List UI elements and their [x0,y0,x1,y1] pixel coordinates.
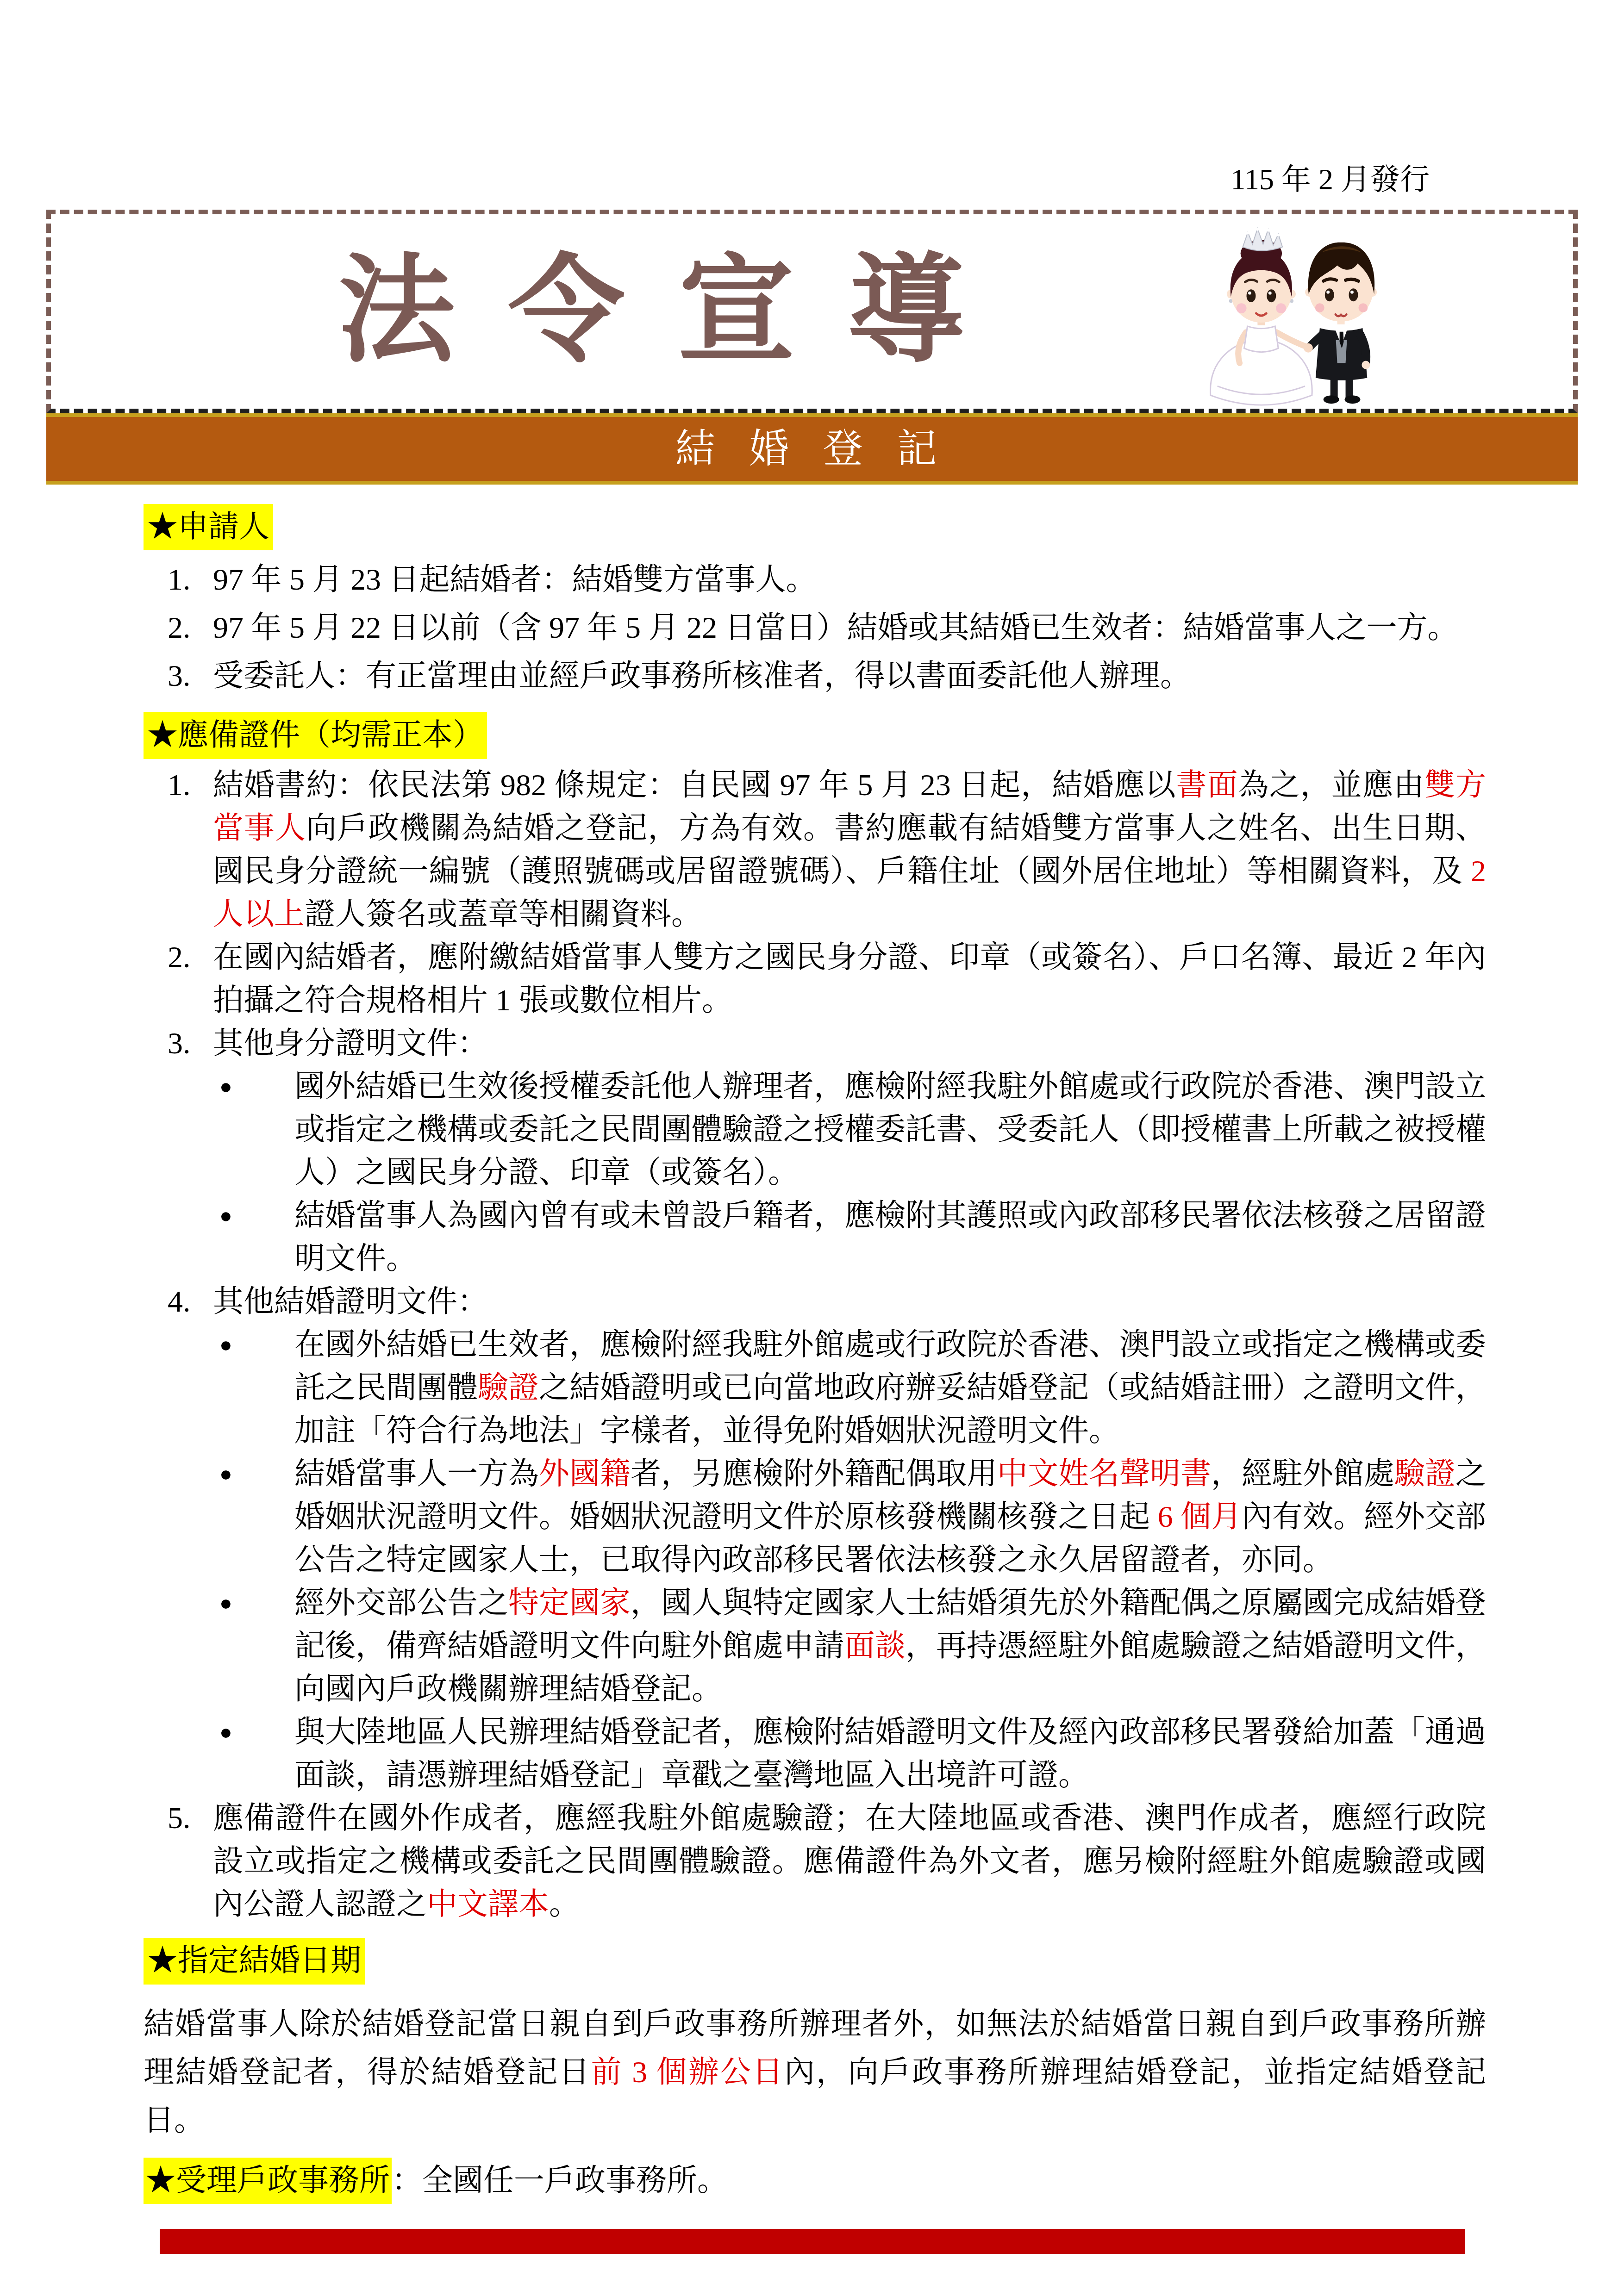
list-item: 3. 受委託人：有正當理由並經戶政事務所核准者，得以書面委託他人辦理。 [144,652,1486,700]
bullet-text: 在國外結婚已生效者，應檢附經我駐外館處或行政院於香港、澳門設立或指定之機構或委託… [294,1323,1486,1452]
document-body: ★申請人 1. 97 年 5 月 23 日起結婚者：結婚雙方當事人。 2. 97… [144,504,1486,2254]
list-number: 4. [144,1280,213,1323]
list-item: 2. 97 年 5 月 22 日以前（含 97 年 5 月 22 日當日）結婚或… [144,604,1486,652]
bullet-text: 國外結婚已生效後授權委託他人辦理者，應檢附經我駐外館處或行政院於香港、澳門設立或… [294,1065,1486,1194]
wedding-date-paragraph: 結婚當事人除於結婚登記當日親自到戶政事務所辦理者外，如無法於結婚當日親自到戶政事… [144,2000,1486,2145]
office-text: ：全國任一戶政事務所。 [392,2164,728,2197]
bullet-item: ● 經外交部公告之特定國家，國人與特定國家人士結婚須先於外籍配偶之原屬國完成結婚… [213,1581,1486,1711]
list-item-text: 其他結婚證明文件： ● 在國外結婚已生效者，應檢附經我駐外館處或行政院於香港、澳… [213,1280,1486,1797]
applicant-list: 1. 97 年 5 月 23 日起結婚者：結婚雙方當事人。 2. 97 年 5 … [144,556,1486,700]
list-number: 1. [144,556,213,604]
list-number: 3. [144,1022,213,1065]
list-number: 2. [144,936,213,979]
bullet-text: 結婚當事人為國內曾有或未曾設戶籍者，應檢附其護照或內政部移民署依法核發之居留證明… [294,1194,1486,1280]
groom-figure [1305,242,1377,403]
list-item-text: 其他身分證明文件： ● 國外結婚已生效後授權委託他人辦理者，應檢附經我駐外館處或… [213,1022,1486,1280]
bullet-item: ● 在國外結婚已生效者，應檢附經我駐外館處或行政院於香港、澳門設立或指定之機構或… [213,1323,1486,1452]
bullet-item: ● 結婚當事人為國內曾有或未曾設戶籍者，應檢附其護照或內政部移民署依法核發之居留… [213,1194,1486,1280]
list-item-head: 其他結婚證明文件： [213,1280,1486,1323]
list-number: 3. [144,652,213,700]
list-item: 3. 其他身分證明文件： ● 國外結婚已生效後授權委託他人辦理者，應檢附經我駐外… [144,1022,1486,1280]
bullet-text: 結婚當事人一方為外國籍者，另應檢附外籍配偶取用中文姓名聲明書，經駐外館處驗證之婚… [294,1452,1486,1581]
bullet-text: 與大陸地區人民辦理結婚登記者，應檢附結婚證明文件及經內政部移民署發給加蓋「通過面… [294,1711,1486,1797]
bullet-item: ● 與大陸地區人民辦理結婚登記者，應檢附結婚證明文件及經內政部移民署發給加蓋「通… [213,1711,1486,1797]
section-heading-documents: ★應備證件（均需正本） [144,712,487,759]
bullet-marker: ● [213,1323,294,1366]
bullet-marker: ● [213,1581,294,1624]
bullet-marker: ● [213,1065,294,1108]
section-heading-applicant: ★申請人 [144,504,273,551]
list-item: 4. 其他結婚證明文件： ● 在國外結婚已生效者，應檢附經我駐外館處或行政院於香… [144,1280,1486,1797]
list-number: 2. [144,604,213,652]
issue-date: 115 年 2 月發行 [0,0,1430,198]
bullet-marker: ● [213,1711,294,1754]
wedding-couple-illustration [1199,224,1402,409]
masthead-box: 法 令 宣 導 [46,210,1578,413]
list-item-text: 結婚書約：依民法第 982 條規定：自民國 97 年 5 月 23 日起，結婚應… [213,764,1486,936]
bullet-item: ● 國外結婚已生效後授權委託他人辦理者，應檢附經我駐外館處或行政院於香港、澳門設… [213,1065,1486,1194]
list-number: 5. [144,1797,213,1840]
bullet-marker: ● [213,1194,294,1237]
list-item-text: 在國內結婚者，應附繳結婚當事人雙方之國民身分證、印章（或簽名）、戶口名簿、最近 … [213,936,1486,1022]
section-heading-wedding-date: ★指定結婚日期 [144,1938,365,1985]
footer-bar [160,2229,1465,2254]
banner-title-bar: 結 婚 登 記 [46,413,1578,485]
list-number: 1. [144,764,213,807]
bullet-marker: ● [213,1452,294,1495]
list-item-text: 97 年 5 月 23 日起結婚者：結婚雙方當事人。 [213,556,1486,604]
document-page: 115 年 2 月發行 法 令 宣 導 [0,0,1624,2296]
masthead-title: 法 令 宣 導 [51,253,1199,370]
list-item: 5. 應備證件在國外作成者，應經我駐外館處驗證；在大陸地區或香港、澳門作成者，應… [144,1797,1486,1926]
list-item-text: 受委託人：有正當理由並經戶政事務所核准者，得以書面委託他人辦理。 [213,652,1486,700]
list-item-text: 97 年 5 月 22 日以前（含 97 年 5 月 22 日當日）結婚或其結婚… [213,604,1486,652]
bullet-item: ● 結婚當事人一方為外國籍者，另應檢附外籍配偶取用中文姓名聲明書，經駐外館處驗證… [213,1452,1486,1581]
list-item-text: 應備證件在國外作成者，應經我駐外館處驗證；在大陸地區或香港、澳門作成者，應經行政… [213,1797,1486,1926]
bride-figure [1211,228,1313,405]
documents-list: 1. 結婚書約：依民法第 982 條規定：自民國 97 年 5 月 23 日起，… [144,764,1486,1926]
section-heading-office: ★受理戶政事務所 [144,2158,392,2204]
office-line: ★受理戶政事務所：全國任一戶政事務所。 [144,2157,1486,2205]
wedding-couple-icon [1199,224,1402,409]
list-item-head: 其他身分證明文件： [213,1022,1486,1065]
bullet-text: 經外交部公告之特定國家，國人與特定國家人士結婚須先於外籍配偶之原屬國完成結婚登記… [294,1581,1486,1711]
list-item: 1. 97 年 5 月 23 日起結婚者：結婚雙方當事人。 [144,556,1486,604]
banner-title: 結 婚 登 記 [675,427,949,471]
list-item: 2. 在國內結婚者，應附繳結婚當事人雙方之國民身分證、印章（或簽名）、戶口名簿、… [144,936,1486,1022]
list-item: 1. 結婚書約：依民法第 982 條規定：自民國 97 年 5 月 23 日起，… [144,764,1486,936]
